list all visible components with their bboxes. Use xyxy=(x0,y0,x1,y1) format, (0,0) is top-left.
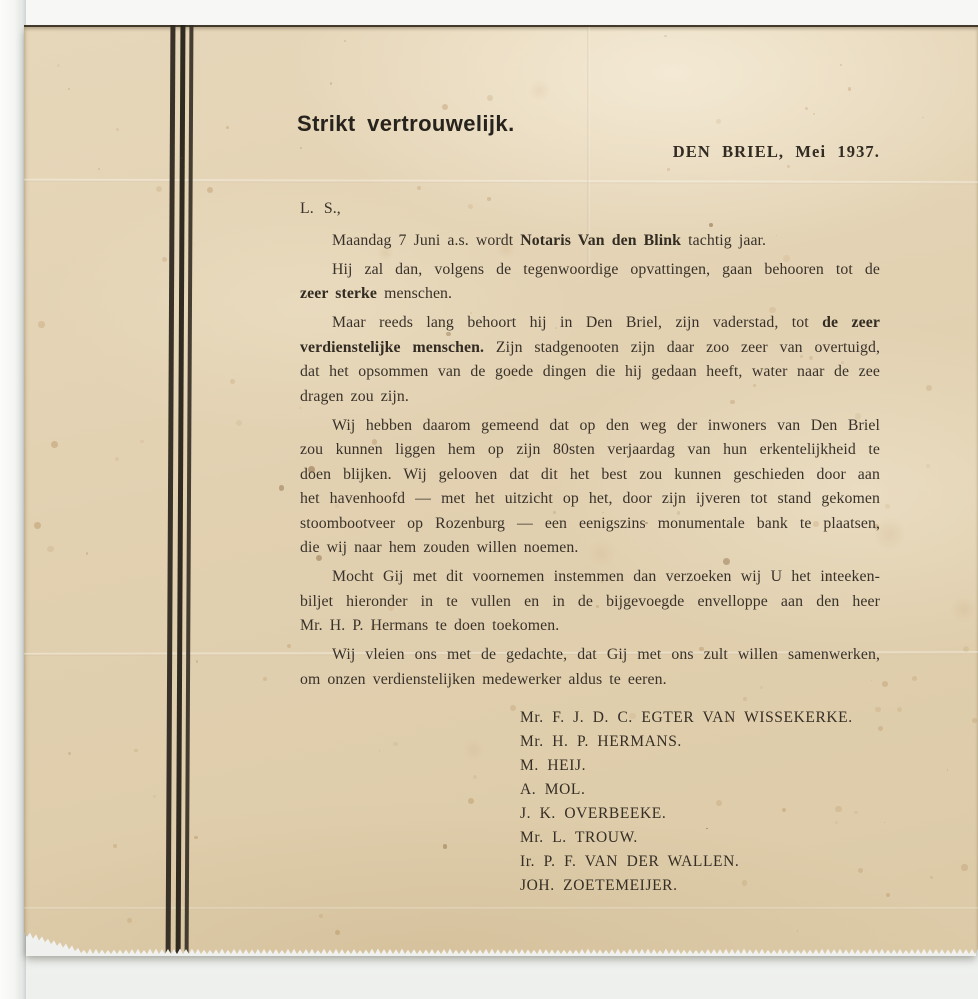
letter-line: dragen zou zijn. xyxy=(300,385,880,410)
text-run: menschen. xyxy=(377,285,452,302)
foxing-spot xyxy=(319,914,323,918)
margin-rule-line xyxy=(166,25,176,963)
salutation: L. S., xyxy=(300,197,880,222)
foxing-spot xyxy=(115,457,119,461)
foxing-spot xyxy=(226,126,229,129)
text-run: Mocht Gij met dit voornemen instemmen da… xyxy=(332,568,880,585)
foxing-spot xyxy=(34,522,40,528)
foxing-spot xyxy=(47,546,53,552)
emphasized-text: verdienstelijke menschen. xyxy=(300,339,484,356)
foxing-spot xyxy=(287,644,291,648)
text-run: zou kunnen liggen hem op zijn 80sten ver… xyxy=(300,441,880,458)
foxing-spot xyxy=(947,769,949,771)
letter-line: stoombootveer op Rozenburg — een eenigsz… xyxy=(300,512,880,537)
text-run: om onzen verdienstelijken medewerker ald… xyxy=(300,671,667,688)
foxing-spot xyxy=(884,822,885,823)
scanner-background-strip xyxy=(0,0,26,999)
foxing-spot xyxy=(930,876,933,879)
foxing-spot xyxy=(279,485,285,491)
foxing-spot xyxy=(926,385,932,391)
foxing-spot xyxy=(263,677,267,681)
signatory-name: A. MOL. xyxy=(520,778,880,802)
text-run: stoombootveer op Rozenburg — een eenigsz… xyxy=(300,515,880,532)
place-dateline: DEN BRIEL, Mei 1937. xyxy=(300,141,880,163)
foxing-spot xyxy=(134,749,137,752)
text-run: Maandag 7 Juni a.s. wordt xyxy=(332,232,520,249)
letter-sheet: Strikt vertrouwelijk. DEN BRIEL, Mei 193… xyxy=(24,25,978,960)
foxing-spot xyxy=(882,681,888,687)
signatory-name: Ir. P. F. VAN DER WALLEN. xyxy=(520,850,880,874)
text-run: Mr. H. P. Hermans te doen toekomen. xyxy=(300,617,559,634)
text-run: doen blijken. Wij gelooven dat dit het b… xyxy=(300,466,880,483)
letter-line: Maar reeds lang behoort hij in Den Briel… xyxy=(300,311,880,336)
foxing-spot xyxy=(207,187,213,193)
foxing-spot xyxy=(797,930,798,931)
letter-line: zou kunnen liggen hem op zijn 80sten ver… xyxy=(300,438,880,463)
letter-line: Wij hebben daarom gemeend dat op den weg… xyxy=(300,414,880,439)
foxing-spot xyxy=(51,441,58,448)
foxing-spot xyxy=(98,168,100,170)
text-run: Zijn stadgenooten zijn daar zoo zeer van… xyxy=(484,339,880,356)
foxing-spot xyxy=(127,918,133,924)
foxing-spot xyxy=(162,257,167,262)
letter-line: om onzen verdienstelijken medewerker ald… xyxy=(300,668,880,693)
letter-paragraph: Maar reeds lang behoort hij in Den Briel… xyxy=(300,311,880,409)
signatory-name: J. K. OVERBEEKE. xyxy=(520,802,880,826)
letter-paragraph: Mocht Gij met dit voornemen instemmen da… xyxy=(300,565,880,639)
signatory-name: Mr. F. J. D. C. EGTER VAN WISSEKERKE. xyxy=(520,706,880,730)
letter-line: Mocht Gij met dit voornemen instemmen da… xyxy=(300,565,880,590)
emphasized-text: Notaris Van den Blink xyxy=(520,232,681,249)
foxing-spot xyxy=(230,379,235,384)
letter-line: doen blijken. Wij gelooven dat dit het b… xyxy=(300,463,880,488)
letter-line: Mr. H. P. Hermans te doen toekomen. xyxy=(300,614,880,639)
foxing-spot xyxy=(335,930,340,935)
letter-line: dat het opsommen van de goede dingen die… xyxy=(300,360,880,385)
foxing-spot xyxy=(196,660,199,663)
foxing-spot xyxy=(113,844,116,847)
text-run: die wij naar hem zouden willen noemen. xyxy=(300,539,578,556)
signatory-name: M. HEIJ. xyxy=(520,754,880,778)
text-run: tachtig jaar. xyxy=(681,232,766,249)
foxing-spot xyxy=(926,464,931,469)
foxing-spot xyxy=(38,321,44,327)
foxing-spot xyxy=(140,440,144,444)
text-run: dat het opsommen van de goede dingen die… xyxy=(300,363,880,380)
signatory-name: JOH. ZOETEMEIJER. xyxy=(520,874,880,898)
signatory-name: Mr. H. P. HERMANS. xyxy=(520,730,880,754)
text-run: het havenhoofd — met het uitzicht op het… xyxy=(300,490,880,507)
letter-line: zeer sterke menschen. xyxy=(300,282,880,307)
emphasized-text: zeer sterke xyxy=(300,285,377,302)
foxing-spot xyxy=(153,795,156,798)
foxing-spot xyxy=(897,707,903,713)
foxing-spot xyxy=(912,676,918,682)
text-run: Wij vleien ons met de gedachte, dat Gij … xyxy=(332,646,880,663)
foxing-spot xyxy=(972,718,977,723)
letter-paragraph: Hij zal dan, volgens de tegenwoordige op… xyxy=(300,258,880,307)
foxing-spot xyxy=(236,420,242,426)
emphasized-text: de zeer xyxy=(822,314,880,331)
letter-line: verdienstelijke menschen. Zijn stadgenoo… xyxy=(300,336,880,361)
stain-blotch xyxy=(950,596,977,623)
signatory-list: Mr. F. J. D. C. EGTER VAN WISSEKERKE.Mr.… xyxy=(520,706,880,898)
letter-line: Maandag 7 Juni a.s. wordt Notaris Van de… xyxy=(300,229,880,254)
foxing-spot xyxy=(963,646,969,652)
margin-triple-rule xyxy=(166,25,194,963)
letter-line: biljet hieronder in te vullen en in de b… xyxy=(300,590,880,615)
text-run: dragen zou zijn. xyxy=(300,388,409,405)
foxing-spot xyxy=(68,752,71,755)
text-run: Wij hebben daarom gemeend dat op den weg… xyxy=(332,417,880,434)
text-run: biljet hieronder in te vullen en in de b… xyxy=(300,593,880,610)
text-run: Maar reeds lang behoort hij in Den Briel… xyxy=(332,314,822,331)
foxing-spot xyxy=(57,64,60,67)
foxing-spot xyxy=(116,128,119,131)
letter-line: Wij vleien ons met de gedachte, dat Gij … xyxy=(300,643,880,668)
foxing-spot xyxy=(885,504,890,509)
foxing-spot xyxy=(886,893,890,897)
letter-body: Maandag 7 Juni a.s. wordt Notaris Van de… xyxy=(300,229,880,693)
confidential-heading: Strikt vertrouwelijk. xyxy=(297,111,880,137)
letter-content: Strikt vertrouwelijk. DEN BRIEL, Mei 193… xyxy=(300,27,880,898)
foxing-spot xyxy=(68,88,70,90)
letter-line: het havenhoofd — met het uitzicht op het… xyxy=(300,487,880,512)
letter-paragraph: Wij vleien ons met de gedachte, dat Gij … xyxy=(300,643,880,692)
text-run: Hij zal dan, volgens de tegenwoordige op… xyxy=(332,261,880,278)
foxing-spot xyxy=(86,552,89,555)
margin-rule-line xyxy=(185,25,194,963)
signatory-name: Mr. L. TROUW. xyxy=(520,826,880,850)
letter-line: Hij zal dan, volgens de tegenwoordige op… xyxy=(300,258,880,283)
foxing-spot xyxy=(156,186,162,192)
margin-rule-line xyxy=(175,25,185,963)
letter-line: die wij naar hem zouden willen noemen. xyxy=(300,536,880,561)
foxing-spot xyxy=(922,117,923,118)
foxing-spot xyxy=(961,864,967,870)
foxing-spot xyxy=(194,836,198,840)
letter-paragraph: Maandag 7 Juni a.s. wordt Notaris Van de… xyxy=(300,229,880,254)
scanned-letter-page: { "colors": { "paper_base": "#e2d1b1", "… xyxy=(0,0,978,999)
letter-paragraph: Wij hebben daarom gemeend dat op den weg… xyxy=(300,414,880,561)
